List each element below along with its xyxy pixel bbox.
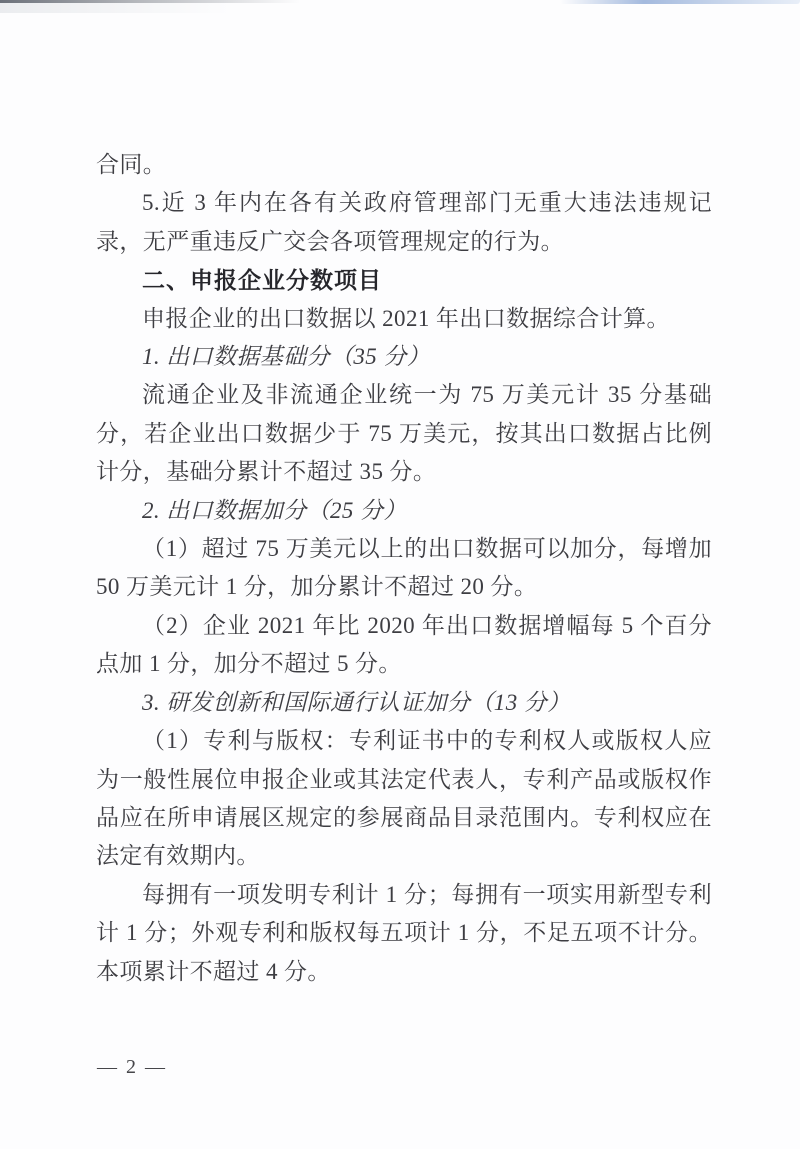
subheading-base-score: 1. 出口数据基础分（35 分） [96, 338, 712, 376]
scan-artifact-top-right [560, 0, 800, 4]
page-number: — 2 — [97, 1053, 167, 1081]
para-patent-copyright: （1）专利与版权：专利证书中的专利权人或版权人应为一般性展位申报企业或其法定代表… [96, 722, 712, 876]
subheading-bonus-score: 2. 出口数据加分（25 分） [96, 492, 712, 530]
para-export-data-note: 申报企业的出口数据以 2021 年出口数据综合计算。 [96, 300, 712, 338]
scan-artifact-top-left-smudge [0, 3, 230, 13]
heading-section-2: 二、申报企业分数项目 [96, 261, 712, 299]
para-bonus-rule-2: （2）企业 2021 年比 2020 年出口数据增幅每 5 个百分点加 1 分，… [96, 607, 712, 684]
para-bonus-rule-1: （1）超过 75 万美元以上的出口数据可以加分，每增加 50 万美元计 1 分，… [96, 530, 712, 607]
subheading-rd-certification: 3. 研发创新和国际通行认证加分（13 分） [96, 684, 712, 722]
para-clause-5: 5.近 3 年内在各有关政府管理部门无重大违法违规记录，无严重违反广交会各项管理… [96, 184, 712, 261]
para-base-score-detail: 流通企业及非流通企业统一为 75 万美元计 35 分基础分，若企业出口数据少于 … [96, 376, 712, 491]
document-body: 合同。 5.近 3 年内在各有关政府管理部门无重大违法违规记录，无严重违反广交会… [96, 146, 712, 991]
para-patent-scoring: 每拥有一项发明专利计 1 分；每拥有一项实用新型专利计 1 分；外观专利和版权每… [96, 876, 712, 991]
para-continuation: 合同。 [96, 146, 712, 184]
document-page: 合同。 5.近 3 年内在各有关政府管理部门无重大违法违规记录，无严重违反广交会… [0, 0, 800, 1149]
